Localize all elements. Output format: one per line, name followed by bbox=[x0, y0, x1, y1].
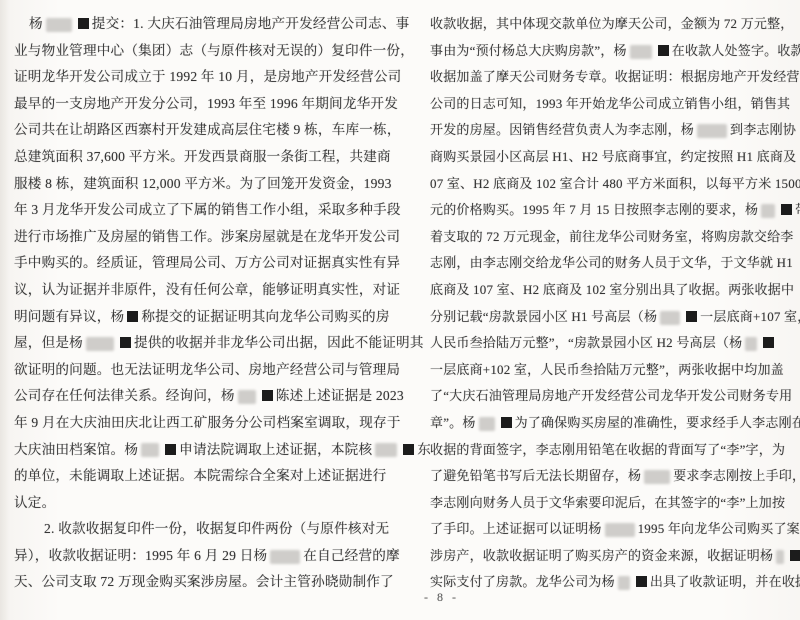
text-segment: 业与物业管理中心（集团）志（与原件核对无误的）复印件一份， bbox=[14, 43, 414, 58]
text-line: 2. 收款收据复印件一份，收据复印件两份（与原件核对无 bbox=[14, 516, 400, 543]
text-segment: 年 3 月龙华开发公司成立了下属的销售工作小组，采取多种手段 bbox=[14, 202, 401, 217]
page-number: - 8 - bbox=[424, 590, 459, 605]
text-line: 开发的房屋。因销售经营负责人为李志刚，杨到李志刚协 bbox=[430, 117, 782, 144]
text-segment: 年 9 月在大庆油田庆北让西工矿服务分公司档案室调取，现存于 bbox=[14, 415, 401, 430]
text-segment: 分别记载“房款景园小区 H1 号高层（杨 bbox=[430, 309, 657, 324]
text-segment: 提供的收据并非龙华公司出据，因此不能证明其 bbox=[134, 335, 424, 350]
text-line: 着支取的 72 万元现金，前往龙华公司财务室，将购房款交给李 bbox=[430, 224, 782, 251]
text-segment: 一层底商+107 室， bbox=[700, 309, 800, 324]
text-line: 实际支付了房款。龙华公司为杨出具了收款证明，并在收据 bbox=[430, 569, 782, 596]
text-segment: 开发的房屋。因销售经营负责人为李志刚，杨 bbox=[430, 122, 694, 137]
redaction-blur-patch bbox=[86, 337, 114, 351]
redaction-blur-patch bbox=[745, 337, 757, 351]
redaction-dark-block bbox=[636, 576, 647, 587]
text-segment: 李志刚向财务人员于文华索要印泥后，在其签字的“李”上加按 bbox=[430, 495, 785, 510]
text-segment: 总建筑面积 37,600 平方米。开发西景商服一条街工程，共建商 bbox=[14, 149, 391, 164]
redaction-blur-patch bbox=[238, 390, 256, 404]
text-segment: 着支取的 72 万元现金，前往龙华公司财务室，将购房款交给李 bbox=[430, 229, 794, 244]
text-line: 业与物业管理中心（集团）志（与原件核对无误的）复印件一份， bbox=[14, 38, 400, 65]
text-segment: 天、公司支取 72 万现金购买案涉房屋。会计主管孙晓勋制作了 bbox=[14, 574, 394, 589]
text-line: 公司共在让胡路区西寨村开发建成高层住宅楼 9 栋，车库一栋， bbox=[14, 117, 400, 144]
text-segment: 公司的日志可知，1993 年开始龙华公司成立销售小组，销售其 bbox=[430, 96, 790, 111]
text-segment: 了“大庆石油管理局房地产开发经营公司龙华开发公司财务专用 bbox=[430, 388, 792, 403]
text-segment: 陈述上述证据是 2023 bbox=[276, 388, 404, 403]
text-segment: 章”。杨 bbox=[430, 415, 476, 430]
text-line: 大庆油田档案馆。杨申请法院调取上述证据，本院核东 bbox=[14, 437, 400, 464]
text-segment: 服楼 8 栋，建筑面积 12,000 平方米。为了回笼开发资金，1993 bbox=[14, 176, 392, 191]
redaction-blur-patch bbox=[270, 550, 300, 564]
text-segment: 人民币叁拾陆万元整”，“房款景园小区 H2 号高层（杨 bbox=[430, 335, 742, 350]
text-segment: 屋，但是杨 bbox=[14, 335, 83, 350]
text-segment: 提交：1. 大庆石油管理局房地产开发经营公司志、事 bbox=[92, 16, 410, 31]
text-segment: 带 bbox=[795, 202, 800, 217]
text-segment: 手中购买的。经质证，管理局公司、万方公司对证据真实性有异 bbox=[14, 255, 400, 270]
redaction-blur-patch bbox=[605, 523, 635, 537]
text-segment: 杨 bbox=[29, 16, 43, 31]
text-segment: 了手印。上述证据可以证明杨 bbox=[430, 521, 602, 536]
redaction-blur-patch bbox=[479, 417, 495, 431]
text-line: 进行市场推广及房屋的销售工作。涉案房屋就是在龙华开发公司 bbox=[14, 224, 400, 251]
scanned-document-page: 杨提交：1. 大庆石油管理局房地产开发经营公司志、事业与物业管理中心（集团）志（… bbox=[0, 0, 800, 620]
text-line: 了手印。上述证据可以证明杨1995 年向龙华公司购买了案 bbox=[430, 516, 782, 543]
text-line: 屋，但是杨提供的收据并非龙华公司出据，因此不能证明其 bbox=[14, 330, 400, 357]
text-segment: 申请法院调取上述证据，本院核 bbox=[179, 442, 372, 457]
text-line: 公司存在任何法律关系。经询问，杨陈述上述证据是 2023 bbox=[14, 383, 400, 410]
text-segment: 涉房产，收款收据证明了购买房产的资金来源，收据证明杨 bbox=[430, 548, 773, 563]
text-line: 分别记载“房款景园小区 H1 号高层（杨一层底商+107 室， bbox=[430, 304, 782, 331]
text-line: 年 3 月龙华开发公司成立了下属的销售工作小组，采取多种手段 bbox=[14, 197, 400, 224]
text-segment: 进行市场推广及房屋的销售工作。涉案房屋就是在龙华开发公司 bbox=[14, 229, 400, 244]
text-segment: 称提交的证据证明其向龙华公司购买的房 bbox=[141, 309, 389, 324]
redaction-dark-block bbox=[790, 550, 800, 561]
text-segment: 1995 年向龙华公司购买了案 bbox=[638, 521, 800, 536]
text-line: 底商及 107 室、H2 底商及 102 室分别出具了收据。两张收据中 bbox=[430, 277, 782, 304]
redaction-dark-block bbox=[501, 417, 512, 428]
text-line: 07 室、H2 底商及 102 室合计 480 平方米面积，以每平方米 1500 bbox=[430, 171, 782, 198]
text-segment: 2. 收款收据复印件一份，收据复印件两份（与原件核对无 bbox=[44, 521, 389, 536]
left-text-column: 杨提交：1. 大庆石油管理局房地产开发经营公司志、事业与物业管理中心（集团）志（… bbox=[14, 11, 400, 596]
text-segment: 最早的一支房地产开发分公司，1993 年至 1996 年期间龙华开发 bbox=[14, 96, 398, 111]
text-segment: 在自己经营的摩 bbox=[303, 548, 400, 563]
redaction-dark-block bbox=[781, 204, 792, 215]
text-segment: 元的价格购买。1995 年 7 月 15 日按照李志刚的要求，杨 bbox=[430, 202, 758, 217]
text-segment: 07 室、H2 底商及 102 室合计 480 平方米面积，以每平方米 1500 bbox=[430, 176, 800, 191]
redaction-blur-patch bbox=[618, 576, 630, 590]
redaction-dark-block bbox=[686, 311, 697, 322]
text-line: 元的价格购买。1995 年 7 月 15 日按照李志刚的要求，杨带 bbox=[430, 197, 782, 224]
redaction-dark-block bbox=[127, 311, 138, 322]
text-segment: 公司共在让胡路区西寨村开发建成高层住宅楼 9 栋，车库一栋， bbox=[14, 122, 401, 137]
redaction-dark-block bbox=[658, 45, 669, 56]
text-line: 公司的日志可知，1993 年开始龙华公司成立销售小组，销售其 bbox=[430, 91, 782, 118]
text-segment: 收据的背面签字，李志刚用铅笔在收据的背面写了“李”字，为 bbox=[430, 442, 785, 457]
text-segment: 欲证明的问题。也无法证明龙华公司、房地产经营公司与管理局 bbox=[14, 362, 400, 377]
text-line: 志刚，由李志刚交给龙华公司的财务人员于文华，于文华就 H1 bbox=[430, 250, 782, 277]
text-line: 服楼 8 栋，建筑面积 12,000 平方米。为了回笼开发资金，1993 bbox=[14, 171, 400, 198]
text-segment: 收据加盖了摩天公司财务专章。收据证明：根据房地产开发经营 bbox=[430, 69, 800, 84]
text-line: 欲证明的问题。也无法证明龙华公司、房地产经营公司与管理局 bbox=[14, 357, 400, 384]
redaction-dark-block bbox=[165, 444, 176, 455]
text-line: 收据的背面签字，李志刚用铅笔在收据的背面写了“李”字，为 bbox=[430, 437, 782, 464]
text-line: 事由为“预付杨总大庆购房款”，杨在收款人处签字。收款 bbox=[430, 38, 782, 65]
redaction-blur-patch bbox=[141, 443, 159, 457]
text-line: 证明龙华开发公司成立于 1992 年 10 月，是房地产开发经营公司 bbox=[14, 64, 400, 91]
redaction-blur-patch bbox=[644, 470, 670, 484]
redaction-blur-patch bbox=[46, 18, 72, 32]
text-segment: 的单位，未能调取上述证据。本院需综合全案对上述证据进行 bbox=[14, 468, 386, 483]
text-segment: 在收款人处签字。收款 bbox=[672, 43, 800, 58]
text-segment: 东 bbox=[417, 442, 431, 457]
text-line: 手中购买的。经质证，管理局公司、万方公司对证据真实性有异 bbox=[14, 250, 400, 277]
text-segment: 公司存在任何法律关系。经询问，杨 bbox=[14, 388, 235, 403]
text-segment: 事由为“预付杨总大庆购房款”，杨 bbox=[430, 43, 627, 58]
text-line: 收款收据，其中体现交款单位为摩天公司，金额为 72 万元整， bbox=[430, 11, 782, 38]
text-segment: 异），收款收据证明：1995 年 6 月 29 日杨 bbox=[14, 548, 267, 563]
text-line: 章”。杨为了确保购买房屋的准确性，要求经手人李志刚在 bbox=[430, 410, 782, 437]
text-segment: 大庆油田档案馆。杨 bbox=[14, 442, 138, 457]
redaction-blur-patch bbox=[630, 45, 652, 59]
text-segment: 证明龙华开发公司成立于 1992 年 10 月，是房地产开发经营公司 bbox=[14, 69, 401, 84]
text-segment: 出具了收款证明，并在收据 bbox=[650, 574, 800, 589]
redaction-blur-patch bbox=[375, 443, 397, 457]
text-line: 异），收款收据证明：1995 年 6 月 29 日杨在自己经营的摩 bbox=[14, 543, 400, 570]
text-segment: 商购买景园小区高层 H1、H2 号底商事宜，约定按照 H1 底商及 1 bbox=[430, 149, 800, 164]
text-segment: 底商及 107 室、H2 底商及 102 室分别出具了收据。两张收据中 bbox=[430, 282, 794, 297]
text-line: 李志刚向财务人员于文华索要印泥后，在其签字的“李”上加按 bbox=[430, 490, 782, 517]
redaction-dark-block bbox=[763, 337, 774, 348]
redaction-dark-block bbox=[262, 390, 273, 401]
text-line: 商购买景园小区高层 H1、H2 号底商事宜，约定按照 H1 底商及 1 bbox=[430, 144, 782, 171]
redaction-dark-block bbox=[403, 444, 414, 455]
text-segment: 实际支付了房款。龙华公司为杨 bbox=[430, 574, 615, 589]
text-segment: 认定。 bbox=[14, 495, 55, 510]
text-line: 人民币叁拾陆万元整”，“房款景园小区 H2 号高层（杨 bbox=[430, 330, 782, 357]
text-line: 的单位，未能调取上述证据。本院需综合全案对上述证据进行 bbox=[14, 463, 400, 490]
text-line: 了避免铅笔书写后无法长期留存，杨要求李志刚按上手印， bbox=[430, 463, 782, 490]
redaction-dark-block bbox=[78, 18, 89, 29]
text-segment: 志刚，由李志刚交给龙华公司的财务人员于文华，于文华就 H1 bbox=[430, 255, 793, 270]
text-line: 了“大庆石油管理局房地产开发经营公司龙华开发公司财务专用 bbox=[430, 383, 782, 410]
text-segment: 要求李志刚按上手印， bbox=[673, 468, 800, 483]
text-segment: 明问题有异议，杨 bbox=[14, 309, 124, 324]
text-segment: 了避免铅笔书写后无法长期留存，杨 bbox=[430, 468, 641, 483]
redaction-blur-patch bbox=[660, 311, 680, 325]
text-line: 明问题有异议，杨称提交的证据证明其向龙华公司购买的房 bbox=[14, 304, 400, 331]
text-line: 议，认为证据并非原件，没有任何公章，能够证明真实性，对证 bbox=[14, 277, 400, 304]
text-line: 一层底商+102 室，人民币叁拾陆万元整”，两张收据中均加盖 bbox=[430, 357, 782, 384]
redaction-blur-patch bbox=[776, 550, 784, 564]
text-segment: 一层底商+102 室，人民币叁拾陆万元整”，两张收据中均加盖 bbox=[430, 362, 784, 377]
text-line: 最早的一支房地产开发分公司，1993 年至 1996 年期间龙华开发 bbox=[14, 91, 400, 118]
redaction-blur-patch bbox=[761, 204, 775, 218]
text-line: 杨提交：1. 大庆石油管理局房地产开发经营公司志、事 bbox=[14, 11, 400, 38]
text-segment: 议，认为证据并非原件，没有任何公章，能够证明真实性，对证 bbox=[14, 282, 400, 297]
text-line: 收据加盖了摩天公司财务专章。收据证明：根据房地产开发经营 bbox=[430, 64, 782, 91]
text-segment: 收款收据，其中体现交款单位为摩天公司，金额为 72 万元整， bbox=[430, 16, 794, 31]
text-line: 涉房产，收款收据证明了购买房产的资金来源，收据证明杨 bbox=[430, 543, 782, 570]
text-segment: 为了确保购买房屋的准确性，要求经手人李志刚在 bbox=[515, 415, 800, 430]
redaction-dark-block bbox=[120, 337, 131, 348]
text-line: 天、公司支取 72 万现金购买案涉房屋。会计主管孙晓勋制作了 bbox=[14, 569, 400, 596]
right-text-column: 收款收据，其中体现交款单位为摩天公司，金额为 72 万元整，事由为“预付杨总大庆… bbox=[430, 11, 782, 596]
text-line: 年 9 月在大庆油田庆北让西工矿服务分公司档案室调取，现存于 bbox=[14, 410, 400, 437]
text-segment: 到李志刚协 bbox=[730, 122, 796, 137]
text-line: 总建筑面积 37,600 平方米。开发西景商服一条街工程，共建商 bbox=[14, 144, 400, 171]
redaction-blur-patch bbox=[697, 124, 727, 138]
text-line: 认定。 bbox=[14, 490, 400, 517]
